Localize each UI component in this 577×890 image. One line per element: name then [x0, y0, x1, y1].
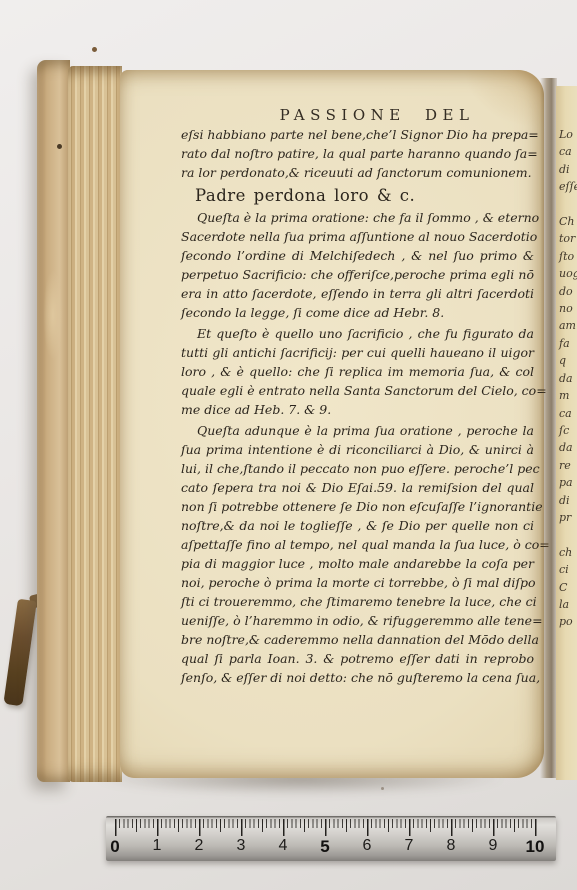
centimeter-ticks	[115, 819, 538, 836]
ruler-number: 2	[195, 837, 204, 855]
text-line: ſenſo, & eſſer di noi detto: che nō guſt…	[181, 668, 534, 687]
text-line: me dice ad Heb. 7. & 9.	[181, 400, 534, 419]
ruler-number: 4	[279, 837, 288, 855]
text-line: cato ſepera tra noi & Dio Eſai.59. la re…	[181, 478, 534, 497]
gutter-shadow	[540, 78, 557, 778]
paragraph: Queſta adunque è la prima ſua oratione ,…	[181, 421, 534, 687]
text-line: ueniſſe, ò l’haremmo in odio, & rifugger…	[181, 611, 534, 630]
paragraph: eſsi habbiano parte nel bene,che’l Signo…	[181, 125, 534, 182]
text-line: ſua prima intentione è di riconciliarci …	[181, 440, 534, 459]
backdrop-speck	[381, 787, 384, 790]
ruler-number: 8	[447, 837, 456, 855]
vellum-cover-edge	[37, 60, 70, 782]
text-line: ſecondo la legge, ſi come dice ad Hebr. …	[181, 303, 534, 322]
text-line: perpetuo Sacrificio: che offeriſce,peroc…	[181, 265, 534, 284]
book-page: PASSIONE DEL eſsi habbiano parte nel ben…	[120, 70, 544, 778]
text-line: tutti gli antichi ſacrificij: per cui qu…	[181, 343, 534, 362]
text-line: ra lor perdonato,& riceuuti ad ſanctorum…	[181, 163, 534, 182]
text-line: quale egli è entrato nella Santa Sanctor…	[181, 381, 534, 400]
ruler: 012345678910	[106, 816, 556, 861]
ruler-ticks	[115, 819, 538, 837]
ruler-number: 3	[237, 837, 246, 855]
text-line: qual ſi parla Ioan. 3. & potremo eſſer d…	[181, 649, 534, 668]
text-line: rato dal noſtro patire, la qual parte ha…	[181, 144, 534, 163]
page-stack-fore-edge	[68, 66, 122, 782]
text-line: lui, il che,ſtando il peccato non puo eſ…	[181, 459, 534, 478]
paper-speck	[92, 47, 97, 52]
text-line: Sacerdote nella ſua prima aſſuntione al …	[181, 227, 534, 246]
text-line: eſsi habbiano parte nel bene,che’l Signo…	[181, 125, 534, 144]
ruler-number: 9	[489, 837, 498, 855]
facing-page-edge: Lo ca di eſſe Ch tor ſto uog do no am fa…	[556, 86, 577, 780]
text-line: bre noſtre,& caderemmo nella dannation d…	[181, 630, 534, 649]
running-header: PASSIONE DEL	[212, 106, 542, 124]
text-line: Queſta adunque è la prima ſua oratione ,…	[181, 421, 534, 440]
text-line: Et queſto è quello uno ſacrificio , che …	[181, 324, 534, 343]
text-line: non ſi potrebbe ottenere ſe Dio non eſcu…	[181, 497, 534, 516]
paragraph: Et queſto è quello uno ſacrificio , che …	[181, 324, 534, 419]
vellum-cover-highlight	[40, 255, 66, 375]
text-line: Queſta è la prima oratione: che fa il ſo…	[181, 208, 534, 227]
ruler-number: 5	[320, 837, 329, 857]
ruler-number: 6	[363, 837, 372, 855]
text-line: era in atto ſacerdote, eſſendo in terra …	[181, 284, 534, 303]
cover-speck	[57, 144, 62, 149]
leather-tie	[3, 599, 37, 707]
text-line: ſecondo l’ordine di Melchiſedech , & nel…	[181, 246, 534, 265]
text-line: pia di maggior luce , molto male andareb…	[181, 554, 534, 573]
text-line: aſpettaſſe fino al tempo, nel qual manda…	[181, 535, 534, 554]
ruler-number: 7	[405, 837, 414, 855]
photo-backdrop: PASSIONE DEL eſsi habbiano parte nel ben…	[0, 0, 577, 890]
ruler-number: 10	[526, 837, 545, 857]
text-line: noſtre,& da noi le toglieſſe , & ſe Dio …	[181, 516, 534, 535]
section-heading: Padre perdona loro & c.	[181, 184, 534, 207]
paragraph: Queſta è la prima oratione: che fa il ſo…	[181, 208, 534, 322]
facing-page-text-fragments: Lo ca di eſſe Ch tor ſto uog do no am fa…	[559, 126, 577, 631]
ruler-number: 0	[110, 837, 119, 857]
text-block: eſsi habbiano parte nel bene,che’l Signo…	[181, 125, 534, 689]
text-line: loro , & è quello: che ſi replica im mem…	[181, 362, 534, 381]
ruler-number: 1	[153, 837, 162, 855]
text-line: ſti ci troueremmo, che ſtimaremo tenebre…	[181, 592, 534, 611]
text-line: noi, peroche ò prima la morte ci torrebb…	[181, 573, 534, 592]
